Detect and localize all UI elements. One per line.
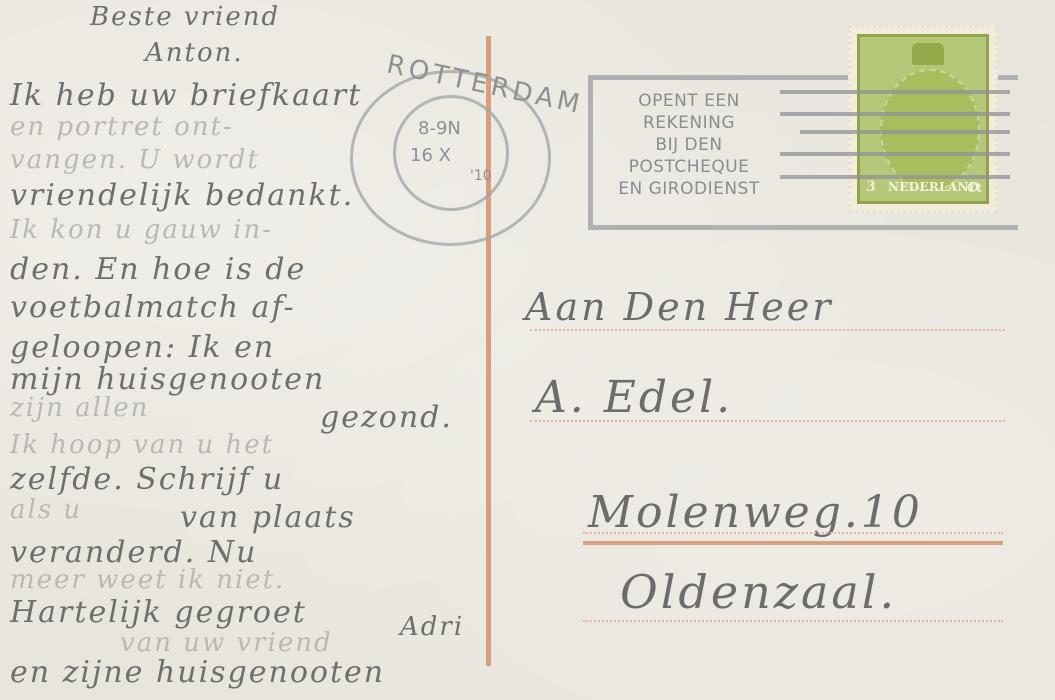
address-underline — [583, 541, 1003, 545]
postmark-time: 8-9N — [418, 118, 461, 139]
postmark-year: '10 — [470, 168, 492, 184]
message-line: Ik kon u gauw in- — [10, 215, 273, 245]
address-rule — [583, 532, 1003, 534]
message-line: geloopen: Ik en — [10, 330, 275, 365]
postcard-back: Beste vriend Anton. Ik heb uw briefkaart… — [0, 0, 1055, 700]
message-line: vangen. U wordt — [10, 145, 260, 175]
slogan-line: REKENING — [594, 112, 784, 134]
slogan-line: OPENT EEN — [594, 90, 784, 112]
address-rule — [530, 420, 1005, 422]
message-line: zijn allen — [10, 393, 149, 423]
crown-icon — [912, 43, 944, 65]
message-line: van plaats — [180, 500, 356, 535]
message-line: als u — [10, 495, 82, 525]
postmark-date: 16 X — [410, 145, 451, 166]
address-salutation: Aan Den Heer — [525, 285, 833, 329]
signature: Adri — [400, 612, 464, 642]
postage-stamp: 3 NEDERLAND Ct — [848, 25, 998, 213]
message-line: den. En hoe is de — [10, 252, 306, 287]
address-name: A. Edel. — [535, 372, 733, 423]
stamp-value: 3 — [866, 179, 876, 195]
slogan-line: BIJ DEN — [594, 134, 784, 156]
address-city: Oldenzaal. — [620, 565, 897, 619]
message-line: mijn huisgenooten — [10, 362, 325, 397]
slogan-cancel-text: OPENT EEN REKENING BIJ DEN POSTCHEQUE EN… — [594, 90, 784, 200]
message-line: Ik hoop van u het — [10, 430, 274, 460]
message-line: voetbalmatch af- — [10, 290, 296, 325]
message-line: vriendelijk bedankt. — [10, 178, 354, 213]
cancel-stripe — [780, 90, 1010, 94]
address-rule — [583, 620, 1003, 622]
message-line: gezond. — [320, 400, 453, 435]
slogan-line: POSTCHEQUE — [594, 156, 784, 178]
message-line: Hartelijk gegroet — [10, 595, 307, 630]
cancel-stripe — [800, 130, 1010, 134]
message-line: zelfde. Schrijf u — [10, 462, 284, 497]
message-line: en portret ont- — [10, 112, 234, 142]
message-line: van uw vriend — [120, 628, 333, 658]
message-line: Anton. — [145, 38, 244, 68]
message-line: Beste vriend — [90, 2, 280, 32]
address-rule — [530, 329, 1005, 331]
message-line: Ik heb uw briefkaart — [10, 78, 362, 113]
address-street: Molenweg.10 — [588, 487, 923, 538]
cancel-stripe — [780, 112, 1010, 116]
message-line: meer weet ik niet. — [10, 565, 285, 595]
stamp-unit: Ct — [967, 181, 982, 195]
cancel-stripe — [780, 175, 1010, 179]
cancel-stripe — [780, 152, 1010, 156]
message-line: en zijne huisgenooten — [10, 655, 385, 690]
stamp-country: NEDERLAND — [888, 180, 979, 194]
slogan-line: EN GIRODIENST — [594, 178, 784, 200]
